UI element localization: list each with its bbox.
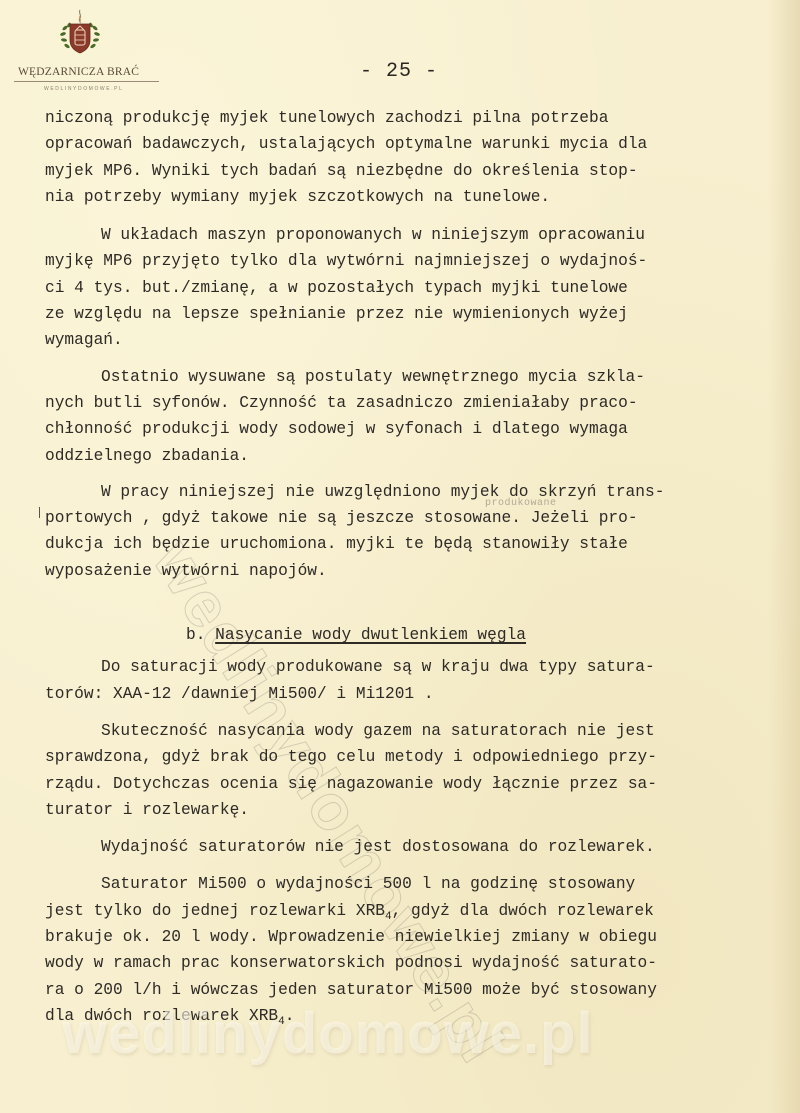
text-line: ra o 200 l/h i wówczas jeden saturator M… — [45, 977, 765, 1003]
text-line: Wydajność saturatorów nie jest dostosowa… — [45, 834, 765, 860]
subscript: 4 — [385, 911, 392, 923]
text-line: oddzielnego zbadania. — [45, 443, 765, 469]
text-line: portowych , gdyż takowe nie są jeszcze s… — [45, 505, 765, 531]
text-line: chłonność produkcji wody sodowej w syfon… — [45, 416, 765, 442]
logo-url: WEDLINYDOMOWE.PL — [14, 86, 146, 92]
paragraph-4: W pracy niniejszej nie uwzględniono myje… — [45, 479, 765, 584]
page-number: - 25 - — [360, 60, 438, 83]
text-line: wody w ramach prac konserwatorskich podn… — [45, 950, 765, 976]
text-line: W układach maszyn proponowanych w niniej… — [45, 222, 765, 248]
text-line: Do saturacji wody produkowane są w kraju… — [45, 654, 765, 680]
text-line: sprawdzona, gdyż brak do tego celu metod… — [45, 744, 765, 770]
text-line: dukcja ich będzie uruchomiona. myjki te … — [45, 531, 765, 557]
text-line: niczoną produkcję myjek tunelowych zacho… — [45, 105, 765, 131]
site-logo: WĘDZARNICZA BRAĆ WEDLINYDOMOWE.PL — [14, 8, 146, 92]
text-line: Skuteczność nasycania wody gazem na satu… — [45, 718, 765, 744]
margin-mark — [39, 507, 40, 518]
text-line: nych butli syfonów. Czynność ta zasadnic… — [45, 390, 765, 416]
text-line: myjkę MP6 przyjęto tylko dla wytwórni na… — [45, 248, 765, 274]
section-letter: b. — [186, 626, 205, 644]
section-paragraph-3: Wydajność saturatorów nie jest dostosowa… — [45, 834, 765, 860]
text-line: nia potrzeby wymiany myjek szczotkowych … — [45, 184, 765, 210]
section-heading: b. Nasycanie wody dwutlenkiem węgla — [45, 622, 765, 648]
logo-name: WĘDZARNICZA BRAĆ — [14, 66, 146, 78]
section-paragraph-4: Saturator Mi500 o wydajności 500 l na go… — [45, 871, 765, 1029]
paragraph-3: Ostatnio wysuwane są postulaty wewnętrzn… — [45, 364, 765, 469]
paragraph-1: niczoną produkcję myjek tunelowych zacho… — [45, 105, 765, 210]
text-line: rządu. Dotychczas ocenia się nagazowanie… — [45, 771, 765, 797]
text-line: wyposażenie wytwórni napojów. — [45, 558, 765, 584]
section-paragraph-1: Do saturacji wody produkowane są w kraju… — [45, 654, 765, 707]
text-line: ci 4 tys. but./zmianę, a w pozostałych t… — [45, 275, 765, 301]
section-title: Nasycanie wody dwutlenkiem węgla — [215, 626, 526, 644]
paragraph-2: W układach maszyn proponowanych w niniej… — [45, 222, 765, 353]
text-line: wymagań. — [45, 327, 765, 353]
document-body: niczoną produkcję myjek tunelowych zacho… — [45, 105, 765, 1040]
text-line: jest tylko do jednej rozlewarki XRB4, gd… — [45, 898, 765, 924]
text-line: W pracy niniejszej nie uwzględniono myje… — [45, 479, 765, 505]
text-line: brakuje ok. 20 l wody. Wprowadzenie niew… — [45, 924, 765, 950]
text-line: ze względu na lepsze spełnianie przez ni… — [45, 301, 765, 327]
text-line: Saturator Mi500 o wydajności 500 l na go… — [45, 871, 765, 897]
smokehouse-emblem-icon — [57, 8, 103, 56]
section-paragraph-2: Skuteczność nasycania wody gazem na satu… — [45, 718, 765, 823]
text-line: dla dwóch rozlewarek XRB4. — [45, 1003, 765, 1029]
text-line: opracowań badawczych, ustalających optym… — [45, 131, 765, 157]
text-line: Ostatnio wysuwane są postulaty wewnętrzn… — [45, 364, 765, 390]
text-line: turator i rozlewarkę. — [45, 797, 765, 823]
text-line: torów: XAA-12 /dawniej Mi500/ i Mi1201 . — [45, 681, 765, 707]
subscript: 4 — [278, 1016, 285, 1028]
logo-divider — [14, 81, 159, 82]
text-line: myjek MP6. Wyniki tych badań są niezbędn… — [45, 158, 765, 184]
